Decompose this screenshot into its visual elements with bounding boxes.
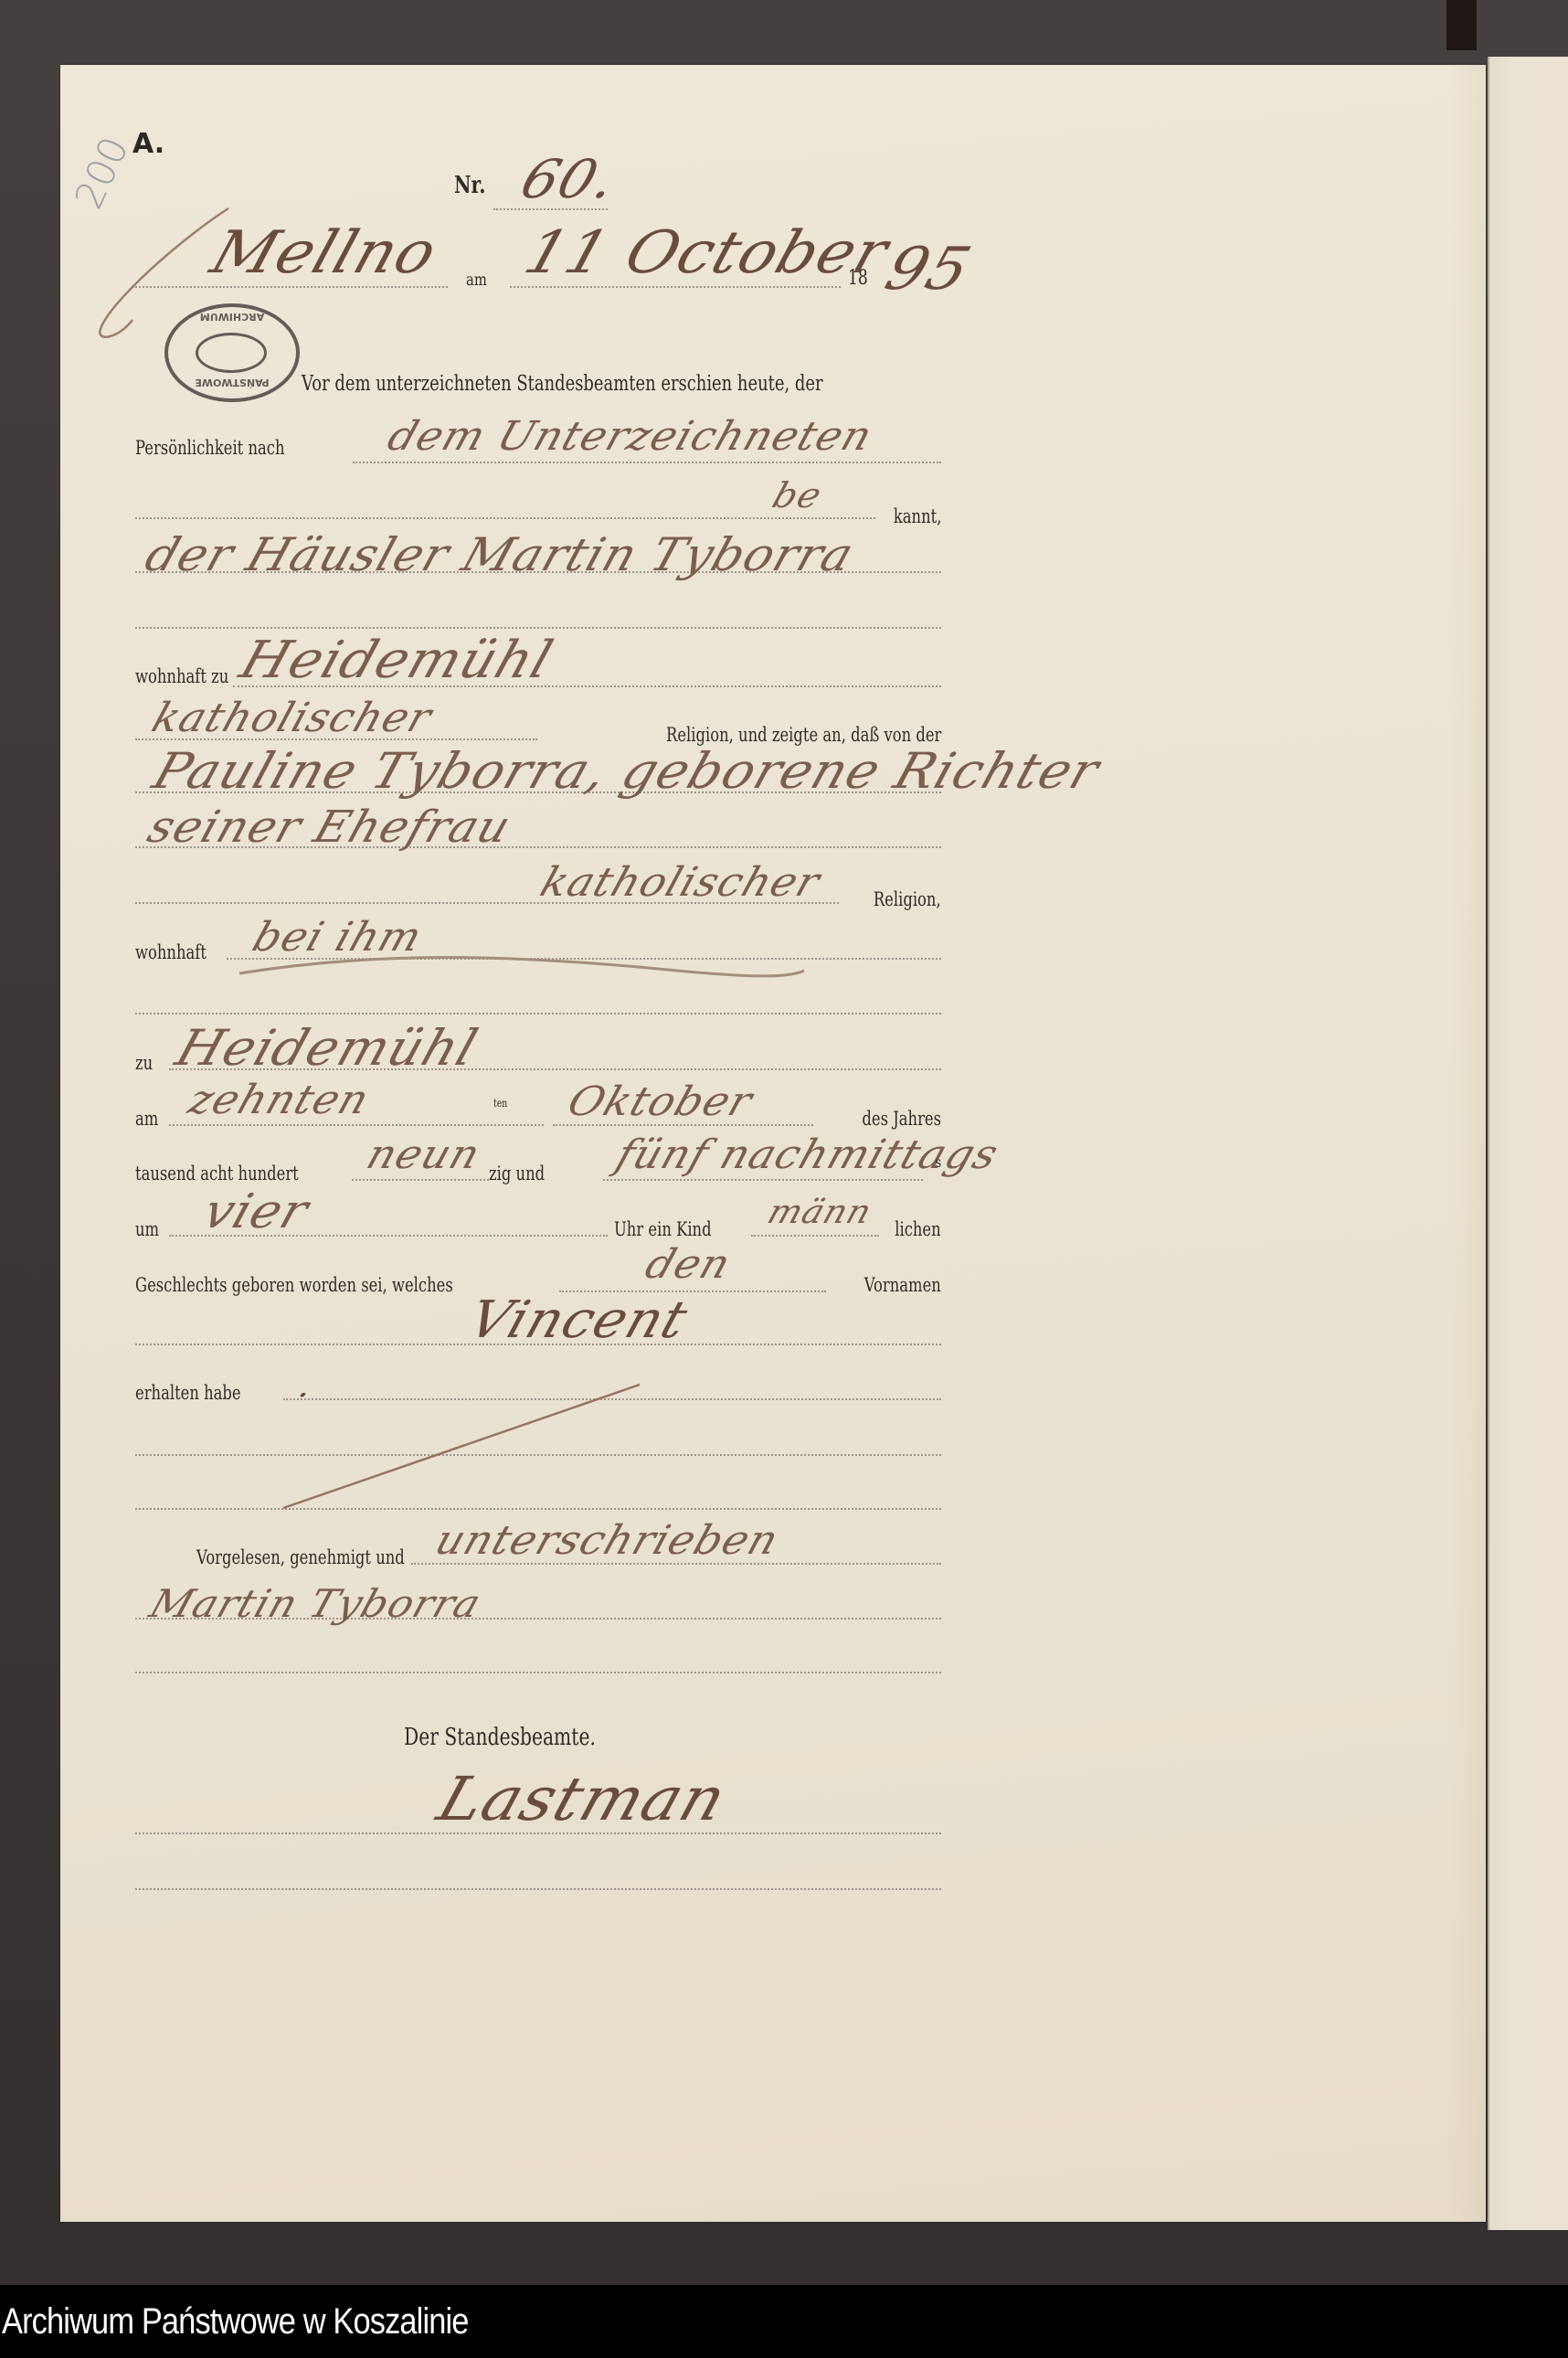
archive-footer: Archiwum Państwowe w Koszalinie [0, 2285, 1568, 2358]
unit-year-line [603, 1179, 923, 1181]
sex-line [751, 1235, 879, 1237]
margin-letter: A. [132, 128, 164, 160]
birth-month-value: Oktober [562, 1078, 758, 1125]
intro-printed: Vor dem unterzeichneten Standesbeamten e… [302, 372, 823, 396]
den-value: den [640, 1241, 736, 1288]
archive-name: Archiwum Państwowe w Koszalinie [2, 2301, 469, 2342]
blank-line-1 [135, 627, 941, 629]
geschlechts-label: Geschlechts geboren worden sei, welches [135, 1274, 453, 1296]
blank-line-4 [135, 1508, 941, 1510]
blank-line-2 [135, 1013, 941, 1014]
zu-value: Heidemühl [169, 1019, 485, 1077]
declarant-signature: Martin Tyborra [144, 1581, 487, 1626]
decade-value: neun [361, 1131, 486, 1178]
blank-line-5 [135, 1672, 941, 1673]
vornamen-label: Vornamen [864, 1274, 941, 1296]
adjacent-page [1488, 57, 1568, 2230]
wohnhaft-zu-value: Heidemühl [233, 631, 560, 690]
persoenlichkeit-label: Persönlichkeit nach [135, 437, 285, 459]
erhalten-line [283, 1398, 941, 1400]
place-value: Mellno [203, 219, 446, 287]
um-label: um [135, 1218, 159, 1240]
des-jahres: des Jahres [862, 1108, 941, 1130]
hour-value: vier [196, 1184, 315, 1239]
stamp-top-text: ARCHIWUM [183, 311, 281, 323]
stamp-bottom-text: PAŃSTWOWE [183, 377, 281, 388]
year-prefix: 18 [848, 267, 868, 290]
wohnhaft-zu-label: wohnhaft zu [135, 665, 228, 687]
bekannt-suffix: kannt, [893, 505, 941, 527]
page-fold-shadow [1447, 65, 1486, 2222]
bekannt-line [135, 517, 875, 519]
binding-clip [1446, 0, 1477, 50]
year-suffix-s: s [936, 1153, 941, 1171]
unit-year-value: fünf nachmittags [610, 1131, 1004, 1178]
lichen-label: lichen [895, 1218, 941, 1240]
archive-stamp: ARCHIWUM PAŃSTWOWE [164, 303, 300, 402]
blank-line-3 [135, 1454, 941, 1456]
official-title: Der Standesbeamte. [404, 1724, 596, 1751]
zig-und: zig und [489, 1163, 545, 1184]
birth-day-line [169, 1124, 544, 1126]
unterschrieben-value: unterschrieben [429, 1517, 785, 1564]
persoenlichkeit-line [353, 462, 941, 463]
date-value: 11 October [516, 219, 897, 287]
given-name-value: Vincent [461, 1291, 695, 1350]
year-printed-prefix: tausend acht hundert [135, 1163, 299, 1184]
persoenlichkeit-value: dem Unterzeichneten [382, 413, 878, 460]
wohnhaft-label: wohnhaft [135, 941, 207, 963]
religion-1-value: katholischer [146, 695, 438, 741]
birth-day-value: zehnten [183, 1077, 376, 1123]
relation-value: seiner Ehefrau [142, 802, 517, 853]
uhr-ein-kind: Uhr ein Kind [614, 1218, 712, 1240]
sex-value: männ [763, 1194, 877, 1231]
zu-label: zu [135, 1052, 153, 1074]
stamp-inner-ring [196, 333, 267, 373]
erhalten-habe-label: erhalten habe [135, 1382, 241, 1404]
am-label: am [466, 270, 487, 290]
mother-value: Pauline Tyborra, geborene Richter [146, 742, 1107, 800]
ten-superscript: ten [493, 1097, 507, 1110]
religion-2-printed: Religion, [874, 888, 941, 910]
am-birth-label: am [135, 1108, 158, 1130]
religion-2-value: katholischer [535, 859, 826, 906]
nr-label: Nr. [454, 172, 485, 199]
vorgelesen-label: Vorgelesen, genehmigt und [196, 1546, 405, 1568]
wohnhaft-value: bei ihm [247, 914, 429, 961]
decade-line [352, 1179, 489, 1181]
official-signature: Lastman [429, 1764, 736, 1834]
declarant-value: der Häusler Martin Tyborra [139, 528, 861, 581]
blank-line-6 [135, 1888, 941, 1890]
